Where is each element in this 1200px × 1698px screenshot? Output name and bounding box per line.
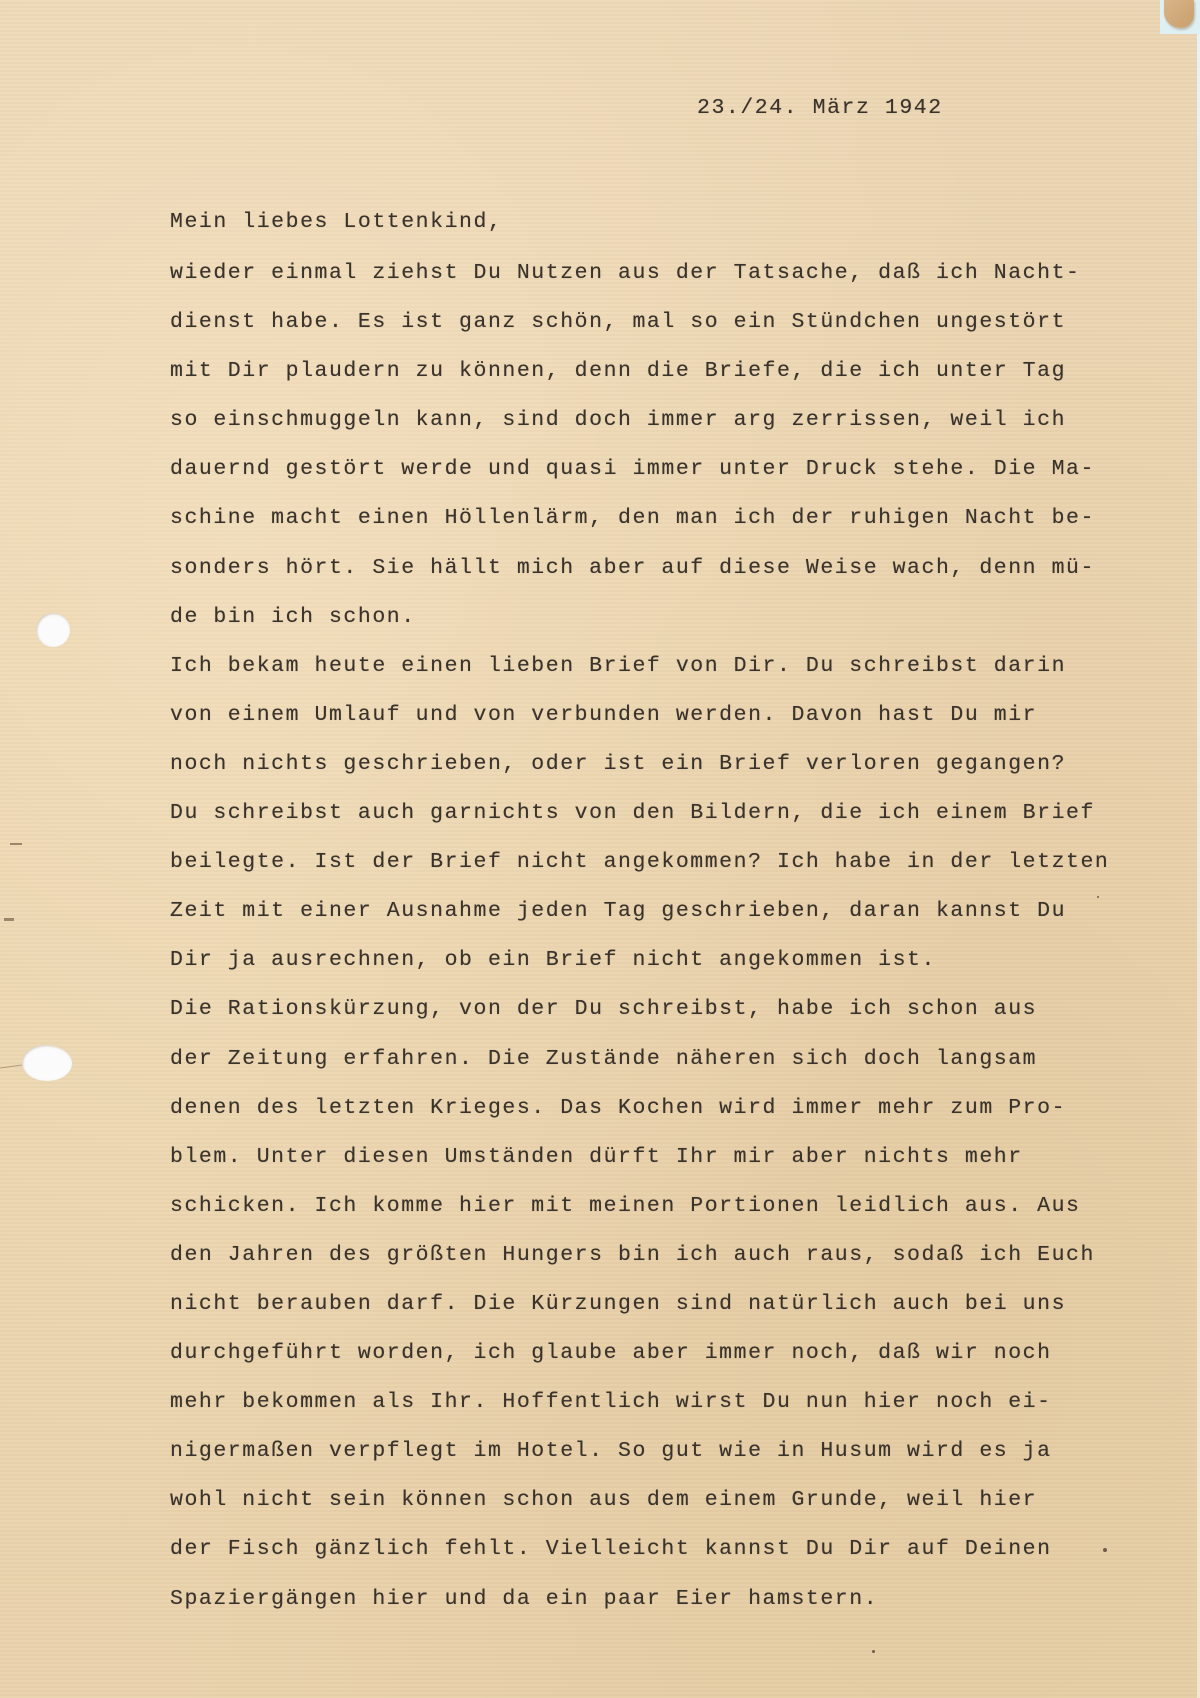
body-line: durchgeführt worden, ich glaube aber imm… — [170, 1338, 1109, 1387]
body-line: dienst habe. Es ist ganz schön, mal so e… — [170, 307, 1109, 356]
body-line: den Jahren des größten Hungers bin ich a… — [170, 1240, 1109, 1289]
body-line: noch nichts geschrieben, oder ist ein Br… — [170, 749, 1109, 798]
letter-page: 23./24. März 1942 Mein liebes Lottenkind… — [0, 0, 1200, 1698]
letter-date: 23./24. März 1942 — [697, 96, 943, 120]
body-line: Dir ja ausrechnen, ob ein Brief nicht an… — [170, 945, 1109, 994]
body-line: Die Rationskürzung, von der Du schreibst… — [170, 994, 1109, 1043]
body-line: dauernd gestört werde und quasi immer un… — [170, 454, 1109, 503]
body-line: schine macht einen Höllenlärm, den man i… — [170, 503, 1109, 552]
folded-corner — [1164, 0, 1194, 28]
paper-crease — [0, 1064, 22, 1068]
body-line: von einem Umlauf und von verbunden werde… — [170, 700, 1109, 749]
body-line: wohl nicht sein können schon aus dem ein… — [170, 1485, 1109, 1534]
body-line: beilegte. Ist der Brief nicht angekommen… — [170, 847, 1109, 896]
body-line: denen des letzten Krieges. Das Kochen wi… — [170, 1093, 1109, 1142]
body-line: der Fisch gänzlich fehlt. Vielleicht kan… — [170, 1534, 1109, 1583]
punch-hole-top — [36, 613, 70, 647]
body-line: wieder einmal ziehst Du Nutzen aus der T… — [170, 258, 1109, 307]
paper-mark — [10, 843, 22, 845]
body-line: Du schreibst auch garnichts von den Bild… — [170, 798, 1109, 847]
body-line: de bin ich schon. — [170, 602, 1109, 651]
punch-hole-bottom — [22, 1045, 72, 1081]
body-line: der Zeitung erfahren. Die Zustände näher… — [170, 1044, 1109, 1093]
paper-mark — [4, 918, 14, 921]
body-line: Ich bekam heute einen lieben Brief von D… — [170, 651, 1109, 700]
body-line: blem. Unter diesen Umständen dürft Ihr m… — [170, 1142, 1109, 1191]
body-line: mehr bekommen als Ihr. Hoffentlich wirst… — [170, 1387, 1109, 1436]
body-line: schicken. Ich komme hier mit meinen Port… — [170, 1191, 1109, 1240]
body-line: nicht berauben darf. Die Kürzungen sind … — [170, 1289, 1109, 1338]
body-line: nigermaßen verpflegt im Hotel. So gut wi… — [170, 1436, 1109, 1485]
body-line: sonders hört. Sie hällt mich aber auf di… — [170, 553, 1109, 602]
body-line: so einschmuggeln kann, sind doch immer a… — [170, 405, 1109, 454]
body-line: Zeit mit einer Ausnahme jeden Tag geschr… — [170, 896, 1109, 945]
body-line: mit Dir plaudern zu können, denn die Bri… — [170, 356, 1109, 405]
letter-salutation: Mein liebes Lottenkind, — [170, 210, 502, 234]
paper-speck — [872, 1650, 875, 1653]
body-line: Spaziergängen hier und da ein paar Eier … — [170, 1584, 1109, 1633]
letter-body: wieder einmal ziehst Du Nutzen aus der T… — [170, 258, 1109, 1633]
